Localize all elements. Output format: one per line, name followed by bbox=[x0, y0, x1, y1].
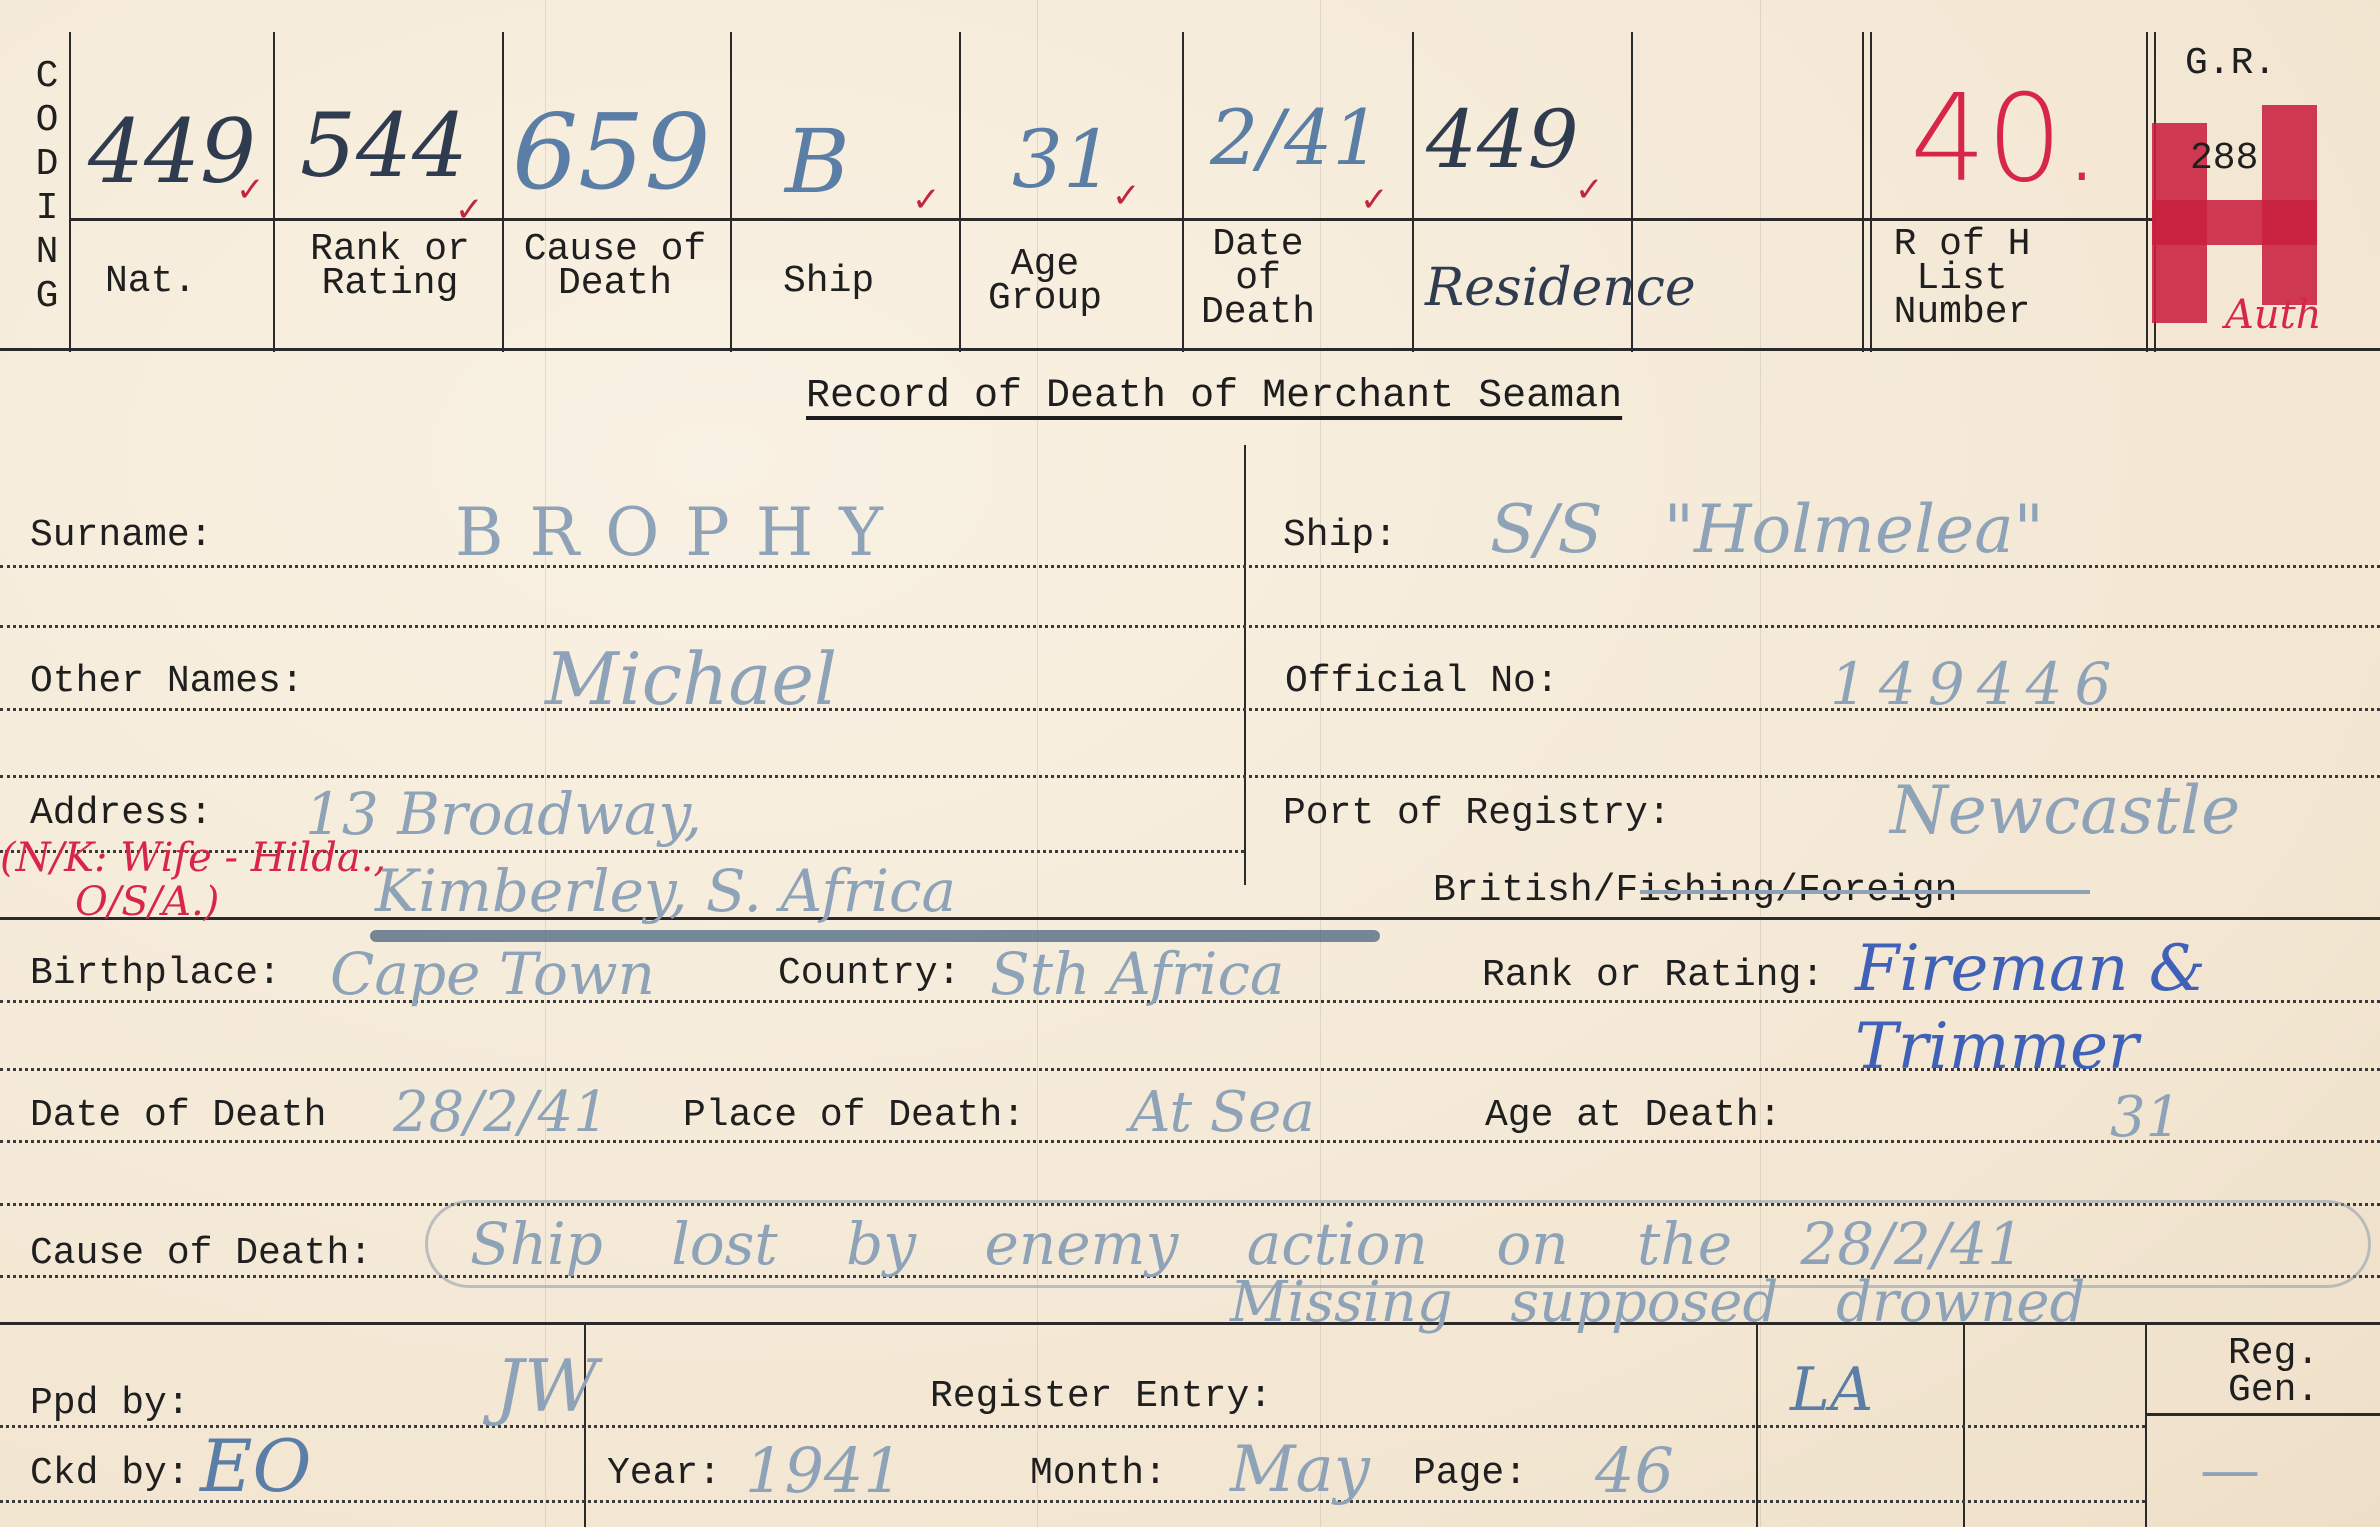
residence-label: Residence bbox=[1425, 262, 1696, 314]
rule bbox=[0, 917, 2380, 920]
register-initials: LA bbox=[1790, 1360, 1873, 1420]
grid-line bbox=[502, 32, 504, 352]
surname-value: BROPHY bbox=[455, 500, 909, 566]
ckd-by-initials: EO bbox=[200, 1430, 312, 1502]
coding-label: C O D I N G bbox=[32, 55, 62, 319]
reg-gen-value: — bbox=[2200, 1440, 2260, 1500]
section-divider bbox=[1244, 445, 1246, 885]
country-label: Country: bbox=[778, 955, 960, 993]
date-code-value: 2/41 bbox=[1210, 100, 1381, 176]
ship-field-value: S/S "Holmelea" bbox=[1490, 497, 2044, 563]
grid-line bbox=[1412, 32, 1414, 352]
grid-line bbox=[2145, 1322, 2147, 1527]
address-label: Address: bbox=[30, 795, 212, 833]
grid-line bbox=[0, 348, 2380, 351]
place-of-death-label: Place of Death: bbox=[683, 1097, 1025, 1135]
rank-or-rating-line2: Trimmer bbox=[1855, 1015, 2139, 1079]
reg-gen-label-1: Reg. bbox=[2228, 1335, 2319, 1373]
reg-gen-label-2: Gen. bbox=[2228, 1372, 2319, 1410]
rank-or-rating-field-label: Rank or Rating: bbox=[1482, 957, 1824, 995]
page-label: Page: bbox=[1413, 1455, 1527, 1493]
grid-line bbox=[2146, 32, 2148, 352]
rank-code-value: 544 bbox=[300, 102, 468, 190]
death-record-card: C O D I N G 449 ✓ 544 ✓ 659 B ✓ 31 ✓ 2/4… bbox=[0, 0, 2380, 1527]
official-no-label: Official No: bbox=[1285, 663, 1559, 701]
rank-or-rating-label: Rank or Rating bbox=[285, 233, 495, 301]
ckd-by-label: Ckd by: bbox=[30, 1455, 190, 1493]
check-icon: ✓ bbox=[455, 190, 484, 230]
grid-line bbox=[2145, 1413, 2380, 1416]
age-group-code-value: 31 bbox=[1012, 120, 1114, 200]
page-value: 46 bbox=[1595, 1440, 1674, 1502]
date-of-death-label: Date of Death bbox=[1198, 228, 1318, 330]
age-at-death-value: 31 bbox=[2110, 1090, 2181, 1146]
date-of-death-label: Date of Death bbox=[30, 1097, 326, 1135]
rule bbox=[0, 625, 2380, 628]
r-of-h-list-number-value: 40. bbox=[1910, 80, 2101, 200]
rule bbox=[0, 1425, 2145, 1428]
cause-code-value: 659 bbox=[512, 100, 711, 204]
residence-code-value: 449 bbox=[1426, 100, 1579, 180]
grid-line bbox=[69, 218, 2156, 221]
age-group-label: Age Group bbox=[975, 248, 1115, 316]
port-of-registry-value: Newcastle bbox=[1890, 778, 2240, 844]
cause-of-death-label: Cause of Death bbox=[515, 233, 715, 301]
grid-line bbox=[730, 32, 732, 352]
ppd-by-label: Ppd by: bbox=[30, 1385, 190, 1423]
month-label: Month: bbox=[1030, 1455, 1167, 1493]
month-value: May bbox=[1230, 1438, 1370, 1502]
check-icon: ✓ bbox=[912, 180, 941, 220]
cause-of-death-line1: Ship lost by enemy action on the 28/2/41 bbox=[470, 1215, 2024, 1273]
rule bbox=[0, 1500, 2145, 1503]
check-icon: ✓ bbox=[1360, 180, 1389, 220]
nat-code-value: 449 bbox=[88, 108, 256, 196]
check-icon: ✓ bbox=[1575, 170, 1604, 210]
next-of-kin-note-line2: O/S/A.) bbox=[75, 882, 219, 922]
gr-number-value: 288 bbox=[2190, 140, 2258, 178]
other-names-value: Michael bbox=[545, 643, 837, 715]
surname-label: Surname: bbox=[30, 517, 212, 555]
ship-code-value: B bbox=[785, 118, 850, 206]
registry-strikethrough bbox=[1640, 890, 2090, 894]
check-icon: ✓ bbox=[236, 170, 265, 210]
other-names-label: Other Names: bbox=[30, 663, 304, 701]
official-no-value: 149446 bbox=[1830, 655, 2123, 713]
check-icon: ✓ bbox=[1112, 176, 1141, 216]
paper-rule bbox=[1037, 0, 1038, 1527]
grid-line bbox=[959, 32, 961, 352]
nat-label: Nat. bbox=[105, 263, 196, 301]
grid-line bbox=[69, 32, 71, 352]
auth-initials: Auth bbox=[2225, 295, 2321, 335]
rank-or-rating-line1: Fireman & bbox=[1855, 937, 2206, 1001]
ship-field-label: Ship: bbox=[1283, 517, 1397, 555]
port-of-registry-label: Port of Registry: bbox=[1283, 795, 1671, 833]
country-value: Sth Africa bbox=[990, 945, 1285, 1003]
date-of-death-value: 28/2/41 bbox=[393, 1085, 609, 1141]
year-value: 1941 bbox=[745, 1440, 903, 1502]
ship-label: Ship bbox=[783, 263, 874, 301]
page-title: Record of Death of Merchant Seaman bbox=[806, 374, 1622, 419]
cause-of-death-line2: Missing supposed drowned bbox=[1230, 1275, 2085, 1331]
birthplace-label: Birthplace: bbox=[30, 955, 281, 993]
grid-line bbox=[1862, 32, 1864, 352]
grid-line bbox=[1870, 32, 1872, 352]
birthplace-value: Cape Town bbox=[330, 945, 655, 1003]
gr-label: G.R. bbox=[2185, 45, 2276, 83]
address-line2: Kimberley, S. Africa bbox=[375, 862, 956, 920]
year-label: Year: bbox=[607, 1455, 721, 1493]
grid-line bbox=[1182, 32, 1184, 352]
place-of-death-value: At Sea bbox=[1130, 1085, 1315, 1141]
grid-line bbox=[273, 32, 275, 352]
cause-of-death-label: Cause of Death: bbox=[30, 1235, 372, 1273]
register-entry-label: Register Entry: bbox=[930, 1378, 1272, 1416]
next-of-kin-note-line1: (N/K: Wife - Hilda., bbox=[0, 838, 386, 878]
age-at-death-label: Age at Death: bbox=[1485, 1097, 1781, 1135]
ppd-by-initials: JW bbox=[495, 1350, 598, 1422]
r-of-h-list-number-label: R of H List Number bbox=[1882, 228, 2042, 330]
